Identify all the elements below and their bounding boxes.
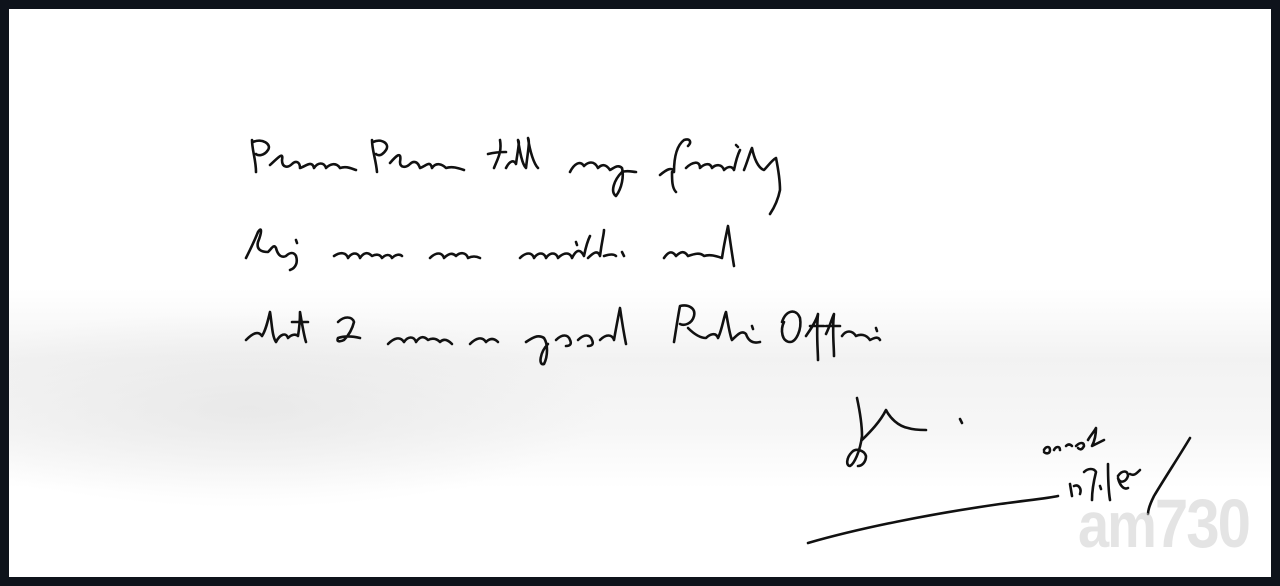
handwritten-note-paper: Please Please tell my family this was an… [9,9,1271,577]
handwritten-line-3 [246,305,880,364]
watermark-number: 730 [1155,485,1249,562]
watermark-prefix: am [1078,488,1155,560]
signature [847,398,962,466]
handwritten-line-1 [252,138,780,214]
am730-watermark: am730 [1078,484,1249,563]
handwritten-line-2 [246,226,734,270]
